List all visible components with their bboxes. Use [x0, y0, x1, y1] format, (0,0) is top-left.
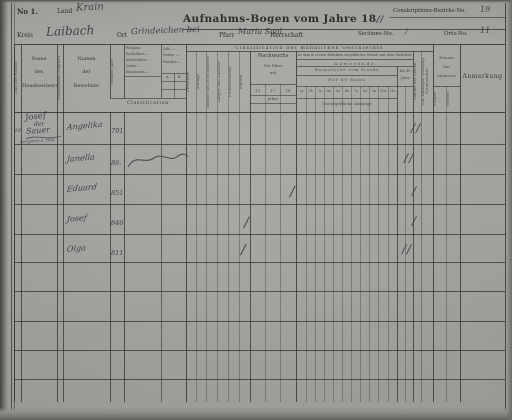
tally-mark: ∕∕ — [411, 121, 421, 135]
class-column-label: 10a — [379, 89, 388, 93]
owner-note: Bergstein a. Weg — [20, 137, 55, 144]
generated-content: Zahl der HäuserFortlaufende NummerGeburt… — [0, 0, 512, 420]
religion-box-row: Zusammen — — [126, 70, 159, 74]
class-column-label: 5a — [333, 89, 342, 93]
resident-name-entry: Angelika — [66, 119, 109, 132]
frauen-subcolumn-label: Witwen — [447, 87, 460, 111]
resident-name-entry: Olga — [66, 241, 109, 254]
birth-year-column-label: Geburts-Jahr — [111, 48, 124, 96]
estate-column-label: Beamte und Honoratioren — [207, 53, 217, 110]
resident-name-entry: Janella — [66, 151, 109, 164]
estate-column-label: Bauern — [240, 53, 250, 110]
birth-year-entry: 851 — [111, 189, 123, 197]
estate-column-label: Professionisten — [229, 53, 239, 110]
class-column-label: 3a — [315, 89, 324, 93]
right-column-label: Zur künftigen Werbung Vorgemerkte — [422, 53, 433, 110]
estate-column-label: Geistliche — [187, 53, 196, 110]
religion-box-row: Juden — — [126, 64, 159, 68]
estate-column-label: Bürger und Künstler — [218, 53, 228, 110]
zahl-box-row: Zahl — — [163, 47, 184, 51]
slash-mark: ∕ — [290, 184, 295, 200]
class-column-label: 7a — [352, 89, 361, 93]
estate-column-label: Adelige — [197, 53, 206, 110]
scanned-census-sheet: No 1. Land Krain Aufnahms-Bogen vom Jahr… — [0, 0, 512, 420]
house-number-entry: 10 — [15, 128, 21, 134]
owner-name-line3: Sauer — [26, 125, 51, 136]
house-number-column-label: Zahl der Häuser — [15, 48, 21, 108]
birth-year-entry: 791. — [111, 127, 125, 135]
zahl-box-subcol-label: B. — [175, 75, 184, 79]
religion-box-row: Religion: — [126, 46, 159, 50]
class-column-label: 8a — [361, 89, 370, 93]
class-column-label: 11a — [388, 89, 397, 93]
right-column-label: Summe der Seelen — [414, 53, 421, 110]
running-number-column-label: Fortlaufende Nummer — [58, 48, 63, 108]
class-column-label: 2b — [306, 89, 315, 93]
tally-mark: ∕ — [412, 184, 417, 198]
class-column-label: 2a — [297, 89, 306, 93]
tally-mark: ∕∕ — [404, 151, 414, 165]
birth-year-entry: 811 — [111, 249, 123, 257]
slash-mark: ∕ — [241, 242, 246, 258]
zahl-box-row: Familien — — [163, 60, 184, 64]
frauen-subcolumn-label: Frauen — [434, 87, 446, 111]
resident-name-entry: Josef — [66, 211, 109, 224]
birth-year-entry: 86. — [111, 159, 121, 167]
tally-mark: ∕ — [412, 214, 417, 228]
class-column-label: 9a — [370, 89, 379, 93]
religion-box-row: Akatholiken — — [126, 58, 159, 62]
class-column-label: 4a — [324, 89, 333, 93]
class-column-label: 6a — [343, 89, 352, 93]
nachwuchs-age-label: 17 — [265, 88, 280, 93]
nachwuchs-age-label: 13 — [250, 88, 265, 93]
religion-box-row: Katholiken — — [126, 52, 159, 56]
zahl-box-row: Wohnp. — — [163, 53, 184, 57]
nachwuchs-age-label: 18 — [280, 88, 296, 93]
flourish-mark — [126, 149, 190, 173]
zahl-box-subcol-label: A. — [163, 75, 172, 79]
resident-name-entry: Eduard — [66, 181, 109, 194]
tally-mark: ∕∕ — [402, 242, 412, 256]
birth-year-entry: 846 — [111, 219, 123, 227]
slash-mark: ∕ — [244, 215, 249, 231]
